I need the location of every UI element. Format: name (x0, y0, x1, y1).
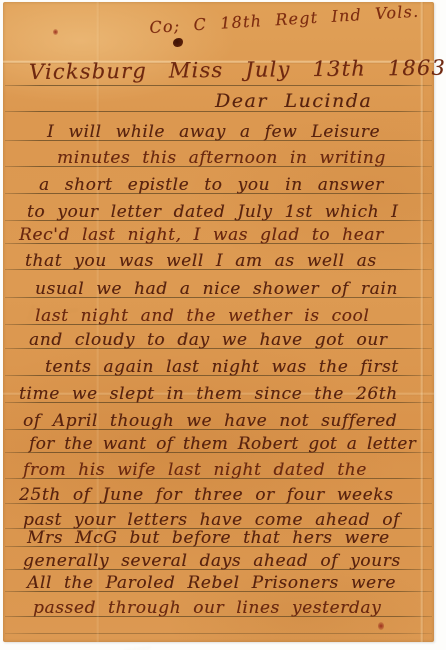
red-speck (53, 29, 58, 35)
letter-line: that you was well I am as well as (25, 251, 377, 272)
scan-background: ⋮……… …… Co; C 18th Regt Ind Vols. Vicksb… (0, 0, 446, 650)
letter-line: tents again last night was the first (45, 357, 399, 378)
letter-line: Mrs McG but before that hers were (27, 528, 390, 549)
ruled-line (5, 85, 432, 86)
letter-line: of April though we have not suffered (23, 411, 397, 432)
letter-line: usual we had a nice shower of rain (35, 279, 398, 300)
letter-line: last night and the wether is cool (35, 306, 369, 327)
letter-line: time we slept in them since the 26th (19, 384, 398, 405)
letter-line: to your letter dated July 1st which I (27, 202, 398, 223)
letter-line: a short epistle to you in answer (39, 175, 384, 196)
letter-line: passed through our lines yesterday (33, 598, 381, 619)
letter-line: I will while away a few Leisure (47, 122, 380, 143)
letter-line: Rec'd last night, I was glad to hear (19, 225, 384, 246)
salutation: Dear Lucinda (215, 90, 372, 112)
dateline: Vicksburg Miss July 13th 1863 (29, 56, 446, 84)
fold-crease (420, 2, 424, 642)
letter-line: from his wife last night dated the (23, 460, 367, 481)
letter-line: All the Paroled Rebel Prisoners were (27, 573, 396, 594)
letter-line: minutes this afternoon in writing (57, 148, 386, 169)
ink-blot (173, 38, 183, 47)
ruled-line (5, 633, 432, 634)
letter-line: generally several days ahead of yours (23, 551, 401, 572)
letter-paper: ⋮……… …… Co; C 18th Regt Ind Vols. Vicksb… (3, 2, 434, 642)
letter-line: 25th of June for three or four weeks (19, 485, 393, 506)
regiment-header: Co; C 18th Regt Ind Vols. (149, 2, 420, 37)
letter-line: and cloudy to day we have got our (29, 330, 388, 351)
red-speck (378, 622, 384, 630)
letter-line: for the want of them Robert got a letter (29, 434, 416, 455)
bleedthrough-mark: …… (123, 636, 152, 650)
